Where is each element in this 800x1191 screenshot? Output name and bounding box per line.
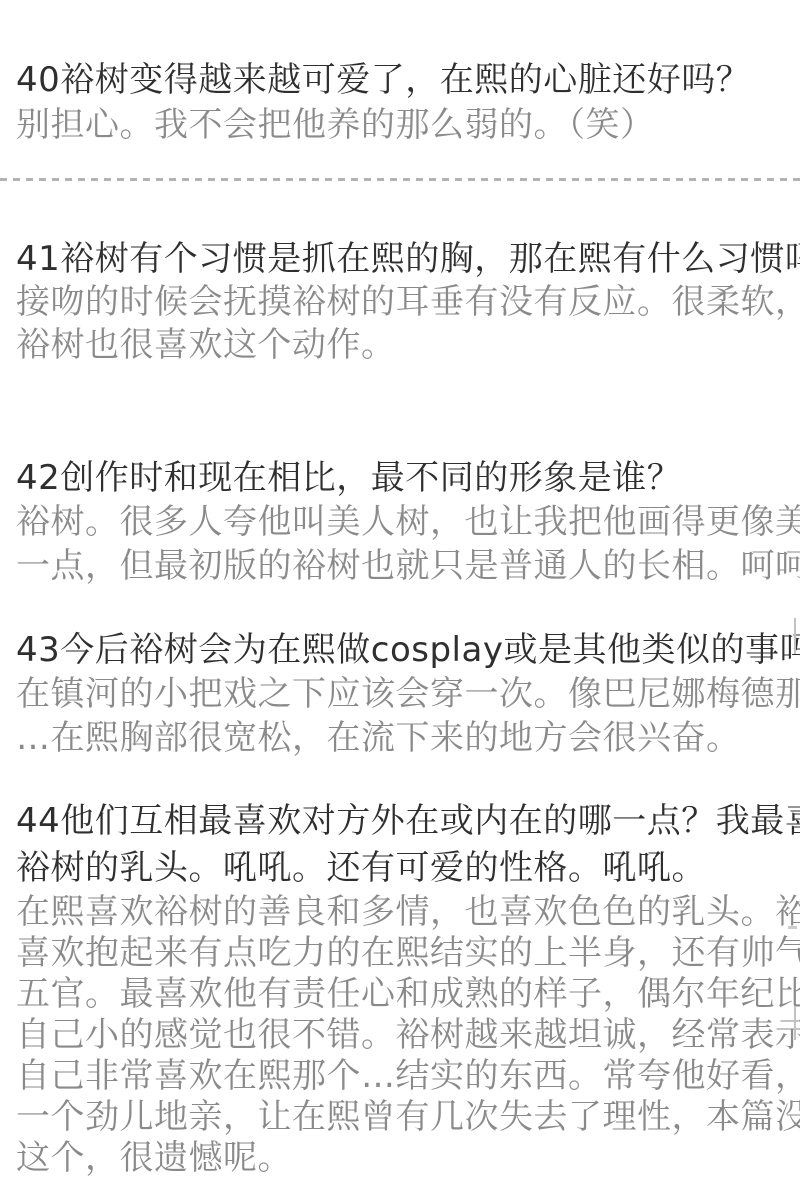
answer-line: 一个劲儿地亲，让在熙曾有几次失去了理性，本篇没画 (16, 1097, 792, 1138)
answer-line: 接吻的时候会抚摸裕树的耳垂有没有反应。很柔软， (16, 281, 792, 324)
answer-line: 这个，很遗憾呢。 (16, 1138, 792, 1179)
answer-line: 五官。最喜欢他有责任心和成熟的样子，偶尔年纪比 (16, 974, 792, 1015)
qa-section-41: 41裕树有个习惯是抓在熙的胸，那在熙有什么习惯吗？ 接吻的时候会抚摸裕树的耳垂有… (16, 238, 792, 367)
answer-line: 在镇河的小把戏之下应该会穿一次。像巴尼娜梅德那样 (16, 672, 792, 716)
question-line: 裕树的乳头。吼吼。还有可爱的性格。吼吼。 (16, 845, 792, 892)
qa-section-44-answer: 在熙喜欢裕树的善良和多情，也喜欢色色的乳头。裕树 喜欢抱起来有点吃力的在熙结实的… (16, 892, 792, 1179)
scan-artifact (794, 618, 796, 654)
question-line: 43今后裕树会为在熙做cosplay或是其他类似的事吗？ (16, 628, 792, 672)
question-line: 40裕树变得越来越可爱了，在熙的心脏还好吗？ (16, 58, 792, 103)
answer-line: 裕树也很喜欢这个动作。 (16, 324, 792, 367)
qa-section-44-question: 44他们互相最喜欢对方外在或内在的哪一点？我最喜欢 裕树的乳头。吼吼。还有可爱的… (16, 798, 792, 892)
qa-section-43: 43今后裕树会为在熙做cosplay或是其他类似的事吗？ 在镇河的小把戏之下应该… (16, 628, 792, 760)
qa-section-42: 42创作时和现在相比，最不同的形象是谁？ 裕树。很多人夸他叫美人树，也让我把他画… (16, 456, 792, 588)
answer-line: 自己非常喜欢在熙那个…结实的东西。常夸他好看， (16, 1056, 792, 1097)
qa-document-page: 40裕树变得越来越可爱了，在熙的心脏还好吗？ 别担心。我不会把他养的那么弱的。（… (0, 0, 800, 1191)
answer-line: 一点，但最初版的裕树也就只是普通人的长相。呵呵 (16, 544, 792, 588)
answer-line: 别担心。我不会把他养的那么弱的。（笑） (16, 103, 792, 148)
question-line: 41裕树有个习惯是抓在熙的胸，那在熙有什么习惯吗？ (16, 238, 792, 281)
answer-line: 裕树。很多人夸他叫美人树，也让我把他画得更像美人 (16, 500, 792, 544)
dashed-divider (0, 178, 800, 181)
question-line: 44他们互相最喜欢对方外在或内在的哪一点？我最喜欢 (16, 798, 792, 845)
question-line: 42创作时和现在相比，最不同的形象是谁？ (16, 456, 792, 500)
answer-line: …在熙胸部很宽松，在流下来的地方会很兴奋。 (16, 716, 792, 760)
answer-line: 自己小的感觉也很不错。裕树越来越坦诚，经常表示 (16, 1015, 792, 1056)
scan-artifact (788, 926, 797, 929)
scan-artifact (794, 1006, 796, 1040)
answer-line: 喜欢抱起来有点吃力的在熙结实的上半身，还有帅气的 (16, 933, 792, 974)
qa-section-40: 40裕树变得越来越可爱了，在熙的心脏还好吗？ 别担心。我不会把他养的那么弱的。（… (16, 58, 792, 148)
answer-line: 在熙喜欢裕树的善良和多情，也喜欢色色的乳头。裕树 (16, 892, 792, 933)
